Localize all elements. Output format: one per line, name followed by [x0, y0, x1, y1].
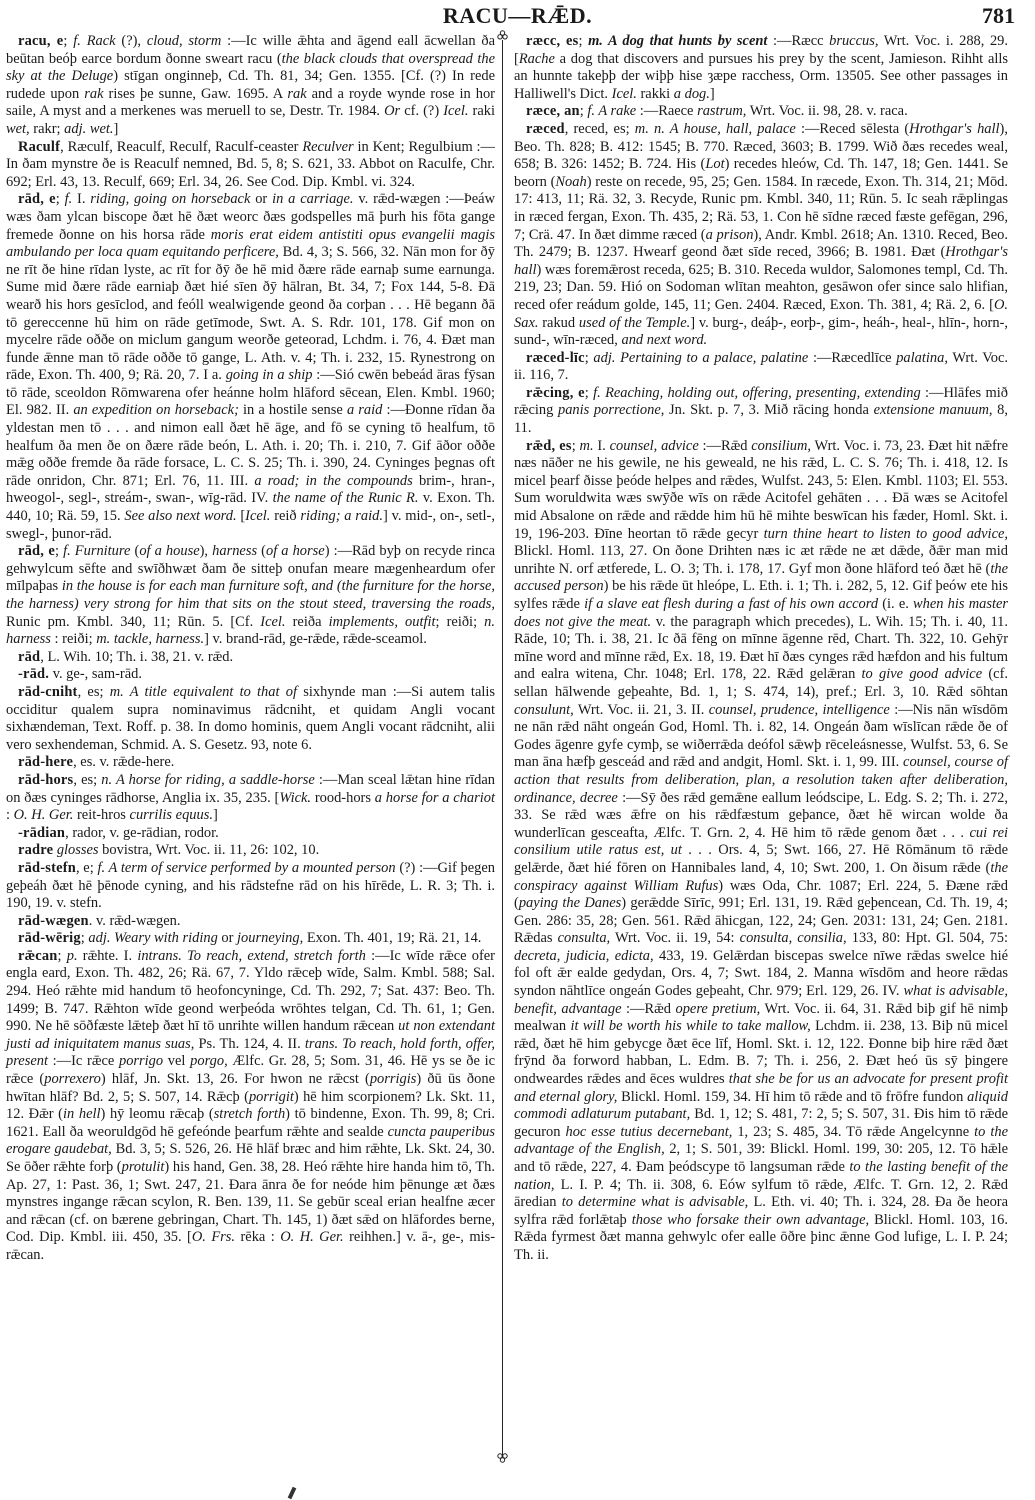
headword: racu, e — [18, 33, 63, 49]
entry-text: to give good advice — [862, 666, 983, 682]
entry-text: m. n. A house, hall, palace — [635, 121, 796, 137]
entry-text: cloud, storm — [147, 33, 221, 49]
entry-text: counsel, advice — [610, 438, 699, 454]
entry-text: adj. wet. — [64, 121, 113, 137]
entry-text: :—Reced sēlesta ( — [796, 121, 909, 137]
entry-text: journeying, — [237, 930, 303, 946]
entry-text: counsel, prudence, intelligence — [709, 702, 890, 718]
entry-text: turn thine heart to listen to good advic… — [764, 526, 1008, 542]
entry-text: consilium, — [751, 438, 811, 454]
page-header: RACU—RǢD. 781 — [0, 0, 1035, 30]
entry-text: intrans. To reach, extend, stretch forth — [137, 948, 366, 964]
entry-text: the name of the Runic R. — [273, 490, 419, 506]
dictionary-entry: rād-stefn, e; f. A term of service perfo… — [6, 860, 495, 913]
entry-text: rak — [287, 86, 306, 102]
entry-text: bruccus, — [829, 33, 878, 49]
entry-text: Icel. — [612, 86, 637, 102]
page-number: 781 — [982, 3, 1015, 29]
entry-text: :—Ic rǣce — [48, 1053, 119, 1069]
entry-text: (i. e. — [878, 596, 913, 612]
entry-text: decreta, judicia, edicta, — [514, 948, 654, 964]
entry-text: glosses — [57, 842, 99, 858]
dictionary-entry: rād-here, es. v. rǣde-here. — [6, 754, 495, 772]
entry-text: protulit — [122, 1159, 165, 1175]
entry-text: 133, 80: Hpt. Gl. 504, 75: — [847, 930, 1008, 946]
entry-text: f. Rack — [73, 33, 115, 49]
scan-artifact — [288, 1487, 297, 1500]
entry-text: wet, — [6, 121, 30, 137]
entry-text: porrigis — [370, 1071, 417, 1087]
entry-text: or — [218, 930, 237, 946]
entry-text: in hell — [63, 1106, 101, 1122]
entry-text: m. A dog that hunts by scent — [588, 33, 767, 49]
entry-text: raki — [468, 103, 495, 119]
entry-text: I. — [594, 438, 610, 454]
headword: radre — [18, 842, 53, 858]
entry-text: v. ge-, sam-rād. — [49, 666, 142, 682]
entry-text: :—Rǣd — [699, 438, 752, 454]
entry-text: bovistra, Wrt. Voc. ii. 11, 26: 102, 10. — [99, 842, 320, 858]
entry-text: Wrt. Voc. ii. 21, 3. II. — [574, 702, 709, 718]
entry-text: Jn. Skt. p. 7, 3. Mið rācing honda — [664, 402, 873, 418]
entry-text: ; reiði; — [436, 614, 485, 630]
headword: rād-hors — [18, 772, 73, 788]
entry-text: ; — [585, 385, 593, 401]
headword: rād-wægen — [18, 913, 89, 929]
entry-text: Wrt. Voc. ii. 98, 28. v. raca. — [746, 103, 907, 119]
entry-text: Blickl. Homl. 159, 34. Hī him tō rǣde an… — [617, 1089, 967, 1105]
entry-text: f. A term of service performed by a moun… — [97, 860, 395, 876]
right-column: ræcc, es; m. A dog that hunts by scent :… — [514, 33, 1008, 1265]
headword: -rād. — [18, 666, 49, 682]
entry-text: Icel. — [245, 508, 270, 524]
entry-text: ( — [257, 543, 266, 559]
headword: ræce, an — [526, 103, 580, 119]
dictionary-entry: rād-cniht, es; m. A title equivalent to … — [6, 684, 495, 754]
headword: rād, e — [18, 543, 55, 559]
entry-text: Bd. 4, 3; S. 566, 32. Nān mon for ðȳ ne … — [6, 244, 495, 383]
entry-text: going in a ship — [226, 367, 313, 383]
entry-text: f. Furniture — [63, 543, 130, 559]
dictionary-entry: rād-wægen. v. rǣd-wægen. — [6, 913, 495, 931]
headword: ræced-līc — [526, 350, 585, 366]
entry-text: a road; in the compounds — [254, 473, 412, 489]
dictionary-entry: -rādian, rador, v. ge-rādian, rodor. — [6, 825, 495, 843]
entry-text: :—Raece — [636, 103, 697, 119]
entry-text: , reced, es; — [565, 121, 635, 137]
entry-text: ) hȳ leomu rǣcaþ ( — [101, 1106, 214, 1122]
headword: ræced — [526, 121, 565, 137]
entry-text: rakud — [538, 315, 578, 331]
entry-text: Rache — [519, 51, 555, 67]
entry-text: , es; — [78, 684, 110, 700]
entry-text: adj. Pertaining to a palace, palatine — [593, 350, 808, 366]
entry-text: an expedition on horseback; — [73, 402, 239, 418]
entry-text: , es; — [73, 772, 101, 788]
dictionary-entry: rād, e; f. Furniture (of a house), harne… — [6, 543, 495, 649]
dictionary-entry: Raculf, Ræculf, Reaculf, Reculf, Raculf-… — [6, 139, 495, 192]
entry-text: ; — [55, 543, 63, 559]
entry-text: ; — [63, 33, 73, 49]
entry-text: , L. Wih. 10; Th. i. 38, 21. v. rǣd. — [40, 649, 233, 665]
entry-text: Lot — [705, 156, 724, 172]
headword: rǣcing, e — [526, 385, 585, 401]
headword: rād-cniht — [18, 684, 78, 700]
entry-text: [ — [237, 508, 246, 524]
entry-text: of a horse — [266, 543, 325, 559]
entry-text: Runic pm. Kmbl. 340, 11; Rūn. 5. [Cf. — [6, 614, 260, 630]
entry-text: consulta, — [558, 930, 611, 946]
dictionary-entry: rǣcan; p. rǣhte. I. intrans. To reach, e… — [6, 948, 495, 1265]
entry-text: n. A horse for riding, a saddle-horse — [101, 772, 315, 788]
dictionary-entry: ræce, an; f. A rake :—Raece rastrum, Wrt… — [514, 103, 1008, 121]
headword: rād-wērig — [18, 930, 81, 946]
entry-text: rood-hors — [311, 790, 375, 806]
entry-text: paying the Danes — [519, 895, 621, 911]
entry-text: ] — [710, 86, 715, 102]
entry-text: Exon. Th. 401, 19; Rä. 21, 14. — [303, 930, 481, 946]
entry-text: O. H. Ger. — [14, 807, 74, 823]
entry-text: riding, going on horseback — [90, 191, 250, 207]
entry-text: porrexero — [44, 1071, 101, 1087]
entry-text: a dog that discovers and pursues his pre… — [514, 51, 1008, 102]
entry-text: :—Ræcc — [767, 33, 829, 49]
entry-text: Wick. — [279, 790, 311, 806]
entry-text: if a slave eat flesh during a fast of hi… — [584, 596, 878, 612]
dictionary-entry: rād, e; f. I. riding, going on horseback… — [6, 191, 495, 543]
dictionary-entry: ræced-līc; adj. Pertaining to a palace, … — [514, 350, 1008, 385]
entry-text: rakki — [637, 86, 674, 102]
headword: rād — [18, 649, 40, 665]
entry-text: reit-hros — [73, 807, 129, 823]
entry-text: or — [250, 191, 272, 207]
entry-text: porrigo — [119, 1053, 163, 1069]
entry-text: Icel. — [260, 614, 285, 630]
entry-text: (?), — [116, 33, 147, 49]
entry-text: Ps. Th. 124, 4. II. — [194, 1036, 304, 1052]
entry-text: O. Frs. — [192, 1229, 235, 1245]
headword: ræcc, es — [526, 33, 578, 49]
headword: rǣcan — [18, 948, 58, 964]
entry-text: rǣhte. I. — [78, 948, 138, 964]
entry-text: rak — [84, 86, 103, 102]
entry-text: palatina, — [896, 350, 948, 366]
entry-text: to determine what is advisable, — [562, 1194, 749, 1210]
entry-text: a dog. — [674, 86, 710, 102]
entry-text: f. Reaching, holding out, offering, pres… — [593, 385, 921, 401]
entry-text: vel — [163, 1053, 190, 1069]
entry-text: m. — [580, 438, 594, 454]
entry-text: f. A rake — [587, 103, 636, 119]
dictionary-entry: radre glosses bovistra, Wrt. Voc. ii. 11… — [6, 842, 495, 860]
dictionary-entry: ræced, reced, es; m. n. A house, hall, p… — [514, 121, 1008, 350]
entry-text: in a hostile sense — [239, 402, 347, 418]
entry-text: m. tackle, harness. — [96, 631, 204, 647]
entry-text: rēka : — [235, 1229, 280, 1245]
entry-text: , Ræculf, Reaculf, Reculf, Raculf-ceaste… — [60, 139, 302, 155]
entry-text: ) wæs foremǣrost receda, 625; B. 310. Re… — [514, 262, 1008, 313]
column-divider — [502, 40, 503, 1455]
dictionary-entry: rǣcing, e; f. Reaching, holding out, off… — [514, 385, 1008, 438]
entry-text: ] — [213, 807, 218, 823]
entry-text: a horse for a chariot — [375, 790, 495, 806]
entry-text: harness — [212, 543, 257, 559]
entry-text: porrigit — [249, 1089, 294, 1105]
entry-text: Or — [384, 103, 400, 119]
entry-text: ] v. brand-rād, ge-rǣde, rǣde-sceamol. — [204, 631, 427, 647]
headword: Raculf — [18, 139, 60, 155]
headword: rād-here — [18, 754, 73, 770]
headword: -rādian — [18, 825, 65, 841]
entry-text: ; — [58, 948, 67, 964]
entry-text: rises þe sunne, Gaw. 1695. A — [103, 86, 287, 102]
entry-text: it will be worth his while to take mallo… — [570, 1018, 810, 1034]
entry-text: of a house — [139, 543, 199, 559]
entry-text: Hrothgar's hall — [909, 121, 999, 137]
dictionary-entry: racu, e; f. Rack (?), cloud, storm :—Ic … — [6, 33, 495, 139]
entry-text: Blickl. Homl. 113, 27. On ðone Drihten n… — [514, 543, 1008, 577]
entry-text: extensione manuum, — [874, 402, 993, 418]
entry-text: riding; a raid. — [300, 508, 383, 524]
entry-text: adj. Weary with riding — [88, 930, 217, 946]
headword: rād-stefn — [18, 860, 76, 876]
entry-text: , es. v. rǣde-here. — [73, 754, 174, 770]
entry-text: ; — [572, 438, 580, 454]
dictionary-entry: ræcc, es; m. A dog that hunts by scent :… — [514, 33, 1008, 103]
entry-text: ; — [578, 33, 588, 49]
entry-text: See also next word. — [124, 508, 236, 524]
entry-text: : reiði; — [51, 631, 96, 647]
entry-text: and next word. — [621, 332, 707, 348]
entry-text: Reculver — [302, 139, 353, 155]
entry-text: m. A title equivalent to that of — [110, 684, 297, 700]
dictionary-entry: rād, L. Wih. 10; Th. i. 38, 21. v. rǣd. — [6, 649, 495, 667]
entry-text: those who forsake their own advantage, — [632, 1212, 869, 1228]
entry-text: consulta, consilia, — [740, 930, 847, 946]
entry-text: stretch forth — [214, 1106, 285, 1122]
entry-text: : — [6, 807, 14, 823]
entry-text: panis porrectione, — [558, 402, 664, 418]
entry-text: rakr; — [30, 121, 64, 137]
entry-text: Wrt. Voc. ii. 19, 54: — [610, 930, 740, 946]
entry-text: ) hlāf, Jn. Skt. 13, 26. For hwon ne rǣc… — [101, 1071, 370, 1087]
entry-text: :—Rǣd — [622, 1001, 676, 1017]
entry-text: Noah — [555, 174, 586, 190]
entry-text: ), — [200, 543, 213, 559]
left-column: racu, e; f. Rack (?), cloud, storm :—Ic … — [6, 33, 495, 1265]
entry-text: ] — [113, 121, 118, 137]
entry-text: hoc esse tutius decernebant, — [565, 1124, 732, 1140]
entry-text: used of the Temple. — [579, 315, 690, 331]
entry-text: a raid — [347, 402, 382, 418]
column-ornament-bottom-icon — [497, 1452, 508, 1463]
entry-text: p. — [67, 948, 78, 964]
entry-text: reið — [270, 508, 300, 524]
entry-text: I. — [72, 191, 90, 207]
dictionary-entry: rād-wērig; adj. Weary with riding or jou… — [6, 930, 495, 948]
entry-text: implements, outfit — [329, 614, 436, 630]
entry-text: porgo, — [190, 1053, 228, 1069]
entry-text: ; — [56, 191, 65, 207]
entry-text: , rador, v. ge-rādian, rodor. — [65, 825, 219, 841]
entry-text: in a carriage. — [272, 191, 353, 207]
entry-text: , e; — [76, 860, 98, 876]
entry-text: rastrum, — [697, 103, 746, 119]
entry-text: Icel. — [443, 103, 468, 119]
headword: rād, e — [18, 191, 56, 207]
entry-text: opere pretium, — [675, 1001, 760, 1017]
entry-text: 1, 23; S. 485, 34. Tō rǣde Angelcynne — [732, 1124, 974, 1140]
dictionary-entry: rād-hors, es; n. A horse for riding, a s… — [6, 772, 495, 825]
entry-text: reiða — [286, 614, 329, 630]
dictionary-entry: rǣd, es; m. I. counsel, advice :—Rǣd con… — [514, 438, 1008, 1265]
entry-text: :—Ræcedlīce — [808, 350, 896, 366]
entry-text: in the house is for each man furniture s… — [6, 578, 495, 612]
entry-text: currilis equus. — [130, 807, 213, 823]
entry-text: a prison — [706, 227, 754, 243]
entry-text: ( — [130, 543, 139, 559]
headword: rǣd, es — [526, 438, 572, 454]
entry-text: O. H. Ger. — [280, 1229, 343, 1245]
entry-text: cf. (?) — [400, 103, 443, 119]
dictionary-entry: -rād. v. ge-, sam-rād. — [6, 666, 495, 684]
entry-text: consulunt, — [514, 702, 574, 718]
entry-text: . v. rǣd-wægen. — [89, 913, 181, 929]
running-head: RACU—RǢD. — [0, 3, 1035, 29]
